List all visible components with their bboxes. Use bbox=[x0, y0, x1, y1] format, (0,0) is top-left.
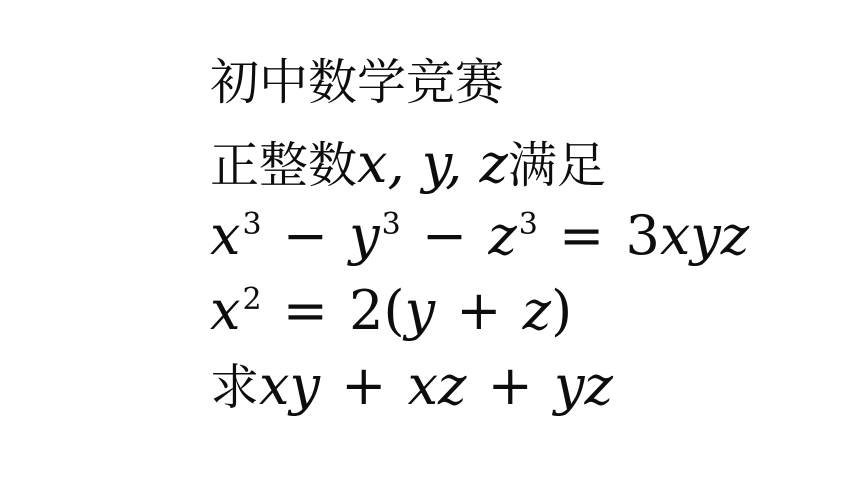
problem-question: 求xy + xz + yz bbox=[210, 355, 613, 419]
cjk-text: 求 bbox=[210, 361, 259, 415]
math-text: z bbox=[523, 279, 551, 342]
math-text: z bbox=[488, 204, 516, 267]
math-text: + bbox=[435, 279, 523, 342]
math-text: y bbox=[405, 279, 436, 342]
math-text: yz bbox=[554, 354, 613, 417]
math-text: y bbox=[349, 204, 380, 267]
math-text: xy bbox=[259, 354, 320, 417]
math-superscript: 3 bbox=[242, 194, 261, 256]
math-text: 2( bbox=[349, 279, 404, 342]
math-text: = bbox=[262, 279, 350, 342]
math-text: − bbox=[401, 204, 489, 267]
math-text: ) bbox=[551, 279, 572, 342]
problem-equation-2: x2 = 2(y + z) bbox=[210, 280, 572, 351]
math-superscript: 3 bbox=[519, 194, 538, 256]
math-superscript: 3 bbox=[382, 194, 401, 256]
problem-given: 正整数x, y, z满足 bbox=[210, 133, 606, 197]
math-text: 3 bbox=[625, 204, 659, 267]
math-text: xyz bbox=[660, 204, 749, 267]
math-text: + bbox=[320, 354, 408, 417]
problem-title: 初中数学竞赛 bbox=[210, 50, 504, 114]
math-text: − bbox=[262, 204, 350, 267]
math-text: x bbox=[210, 204, 240, 267]
math-text: xz bbox=[408, 354, 467, 417]
math-text: + bbox=[466, 354, 554, 417]
problem-equation-1: x3 − y3 − z3 = 3xyz bbox=[210, 205, 749, 276]
math-superscript: 2 bbox=[242, 269, 261, 331]
math-text: x, y, z bbox=[357, 132, 508, 195]
cjk-text: 初中数学竞赛 bbox=[210, 56, 504, 110]
math-text: x bbox=[210, 279, 240, 342]
cjk-text: 正整数 bbox=[210, 139, 357, 193]
math-problem-slide: 初中数学竞赛 正整数x, y, z满足 x3 − y3 − z3 = 3xyz … bbox=[0, 0, 864, 486]
math-text: = bbox=[538, 204, 626, 267]
cjk-text: 满足 bbox=[508, 139, 606, 193]
